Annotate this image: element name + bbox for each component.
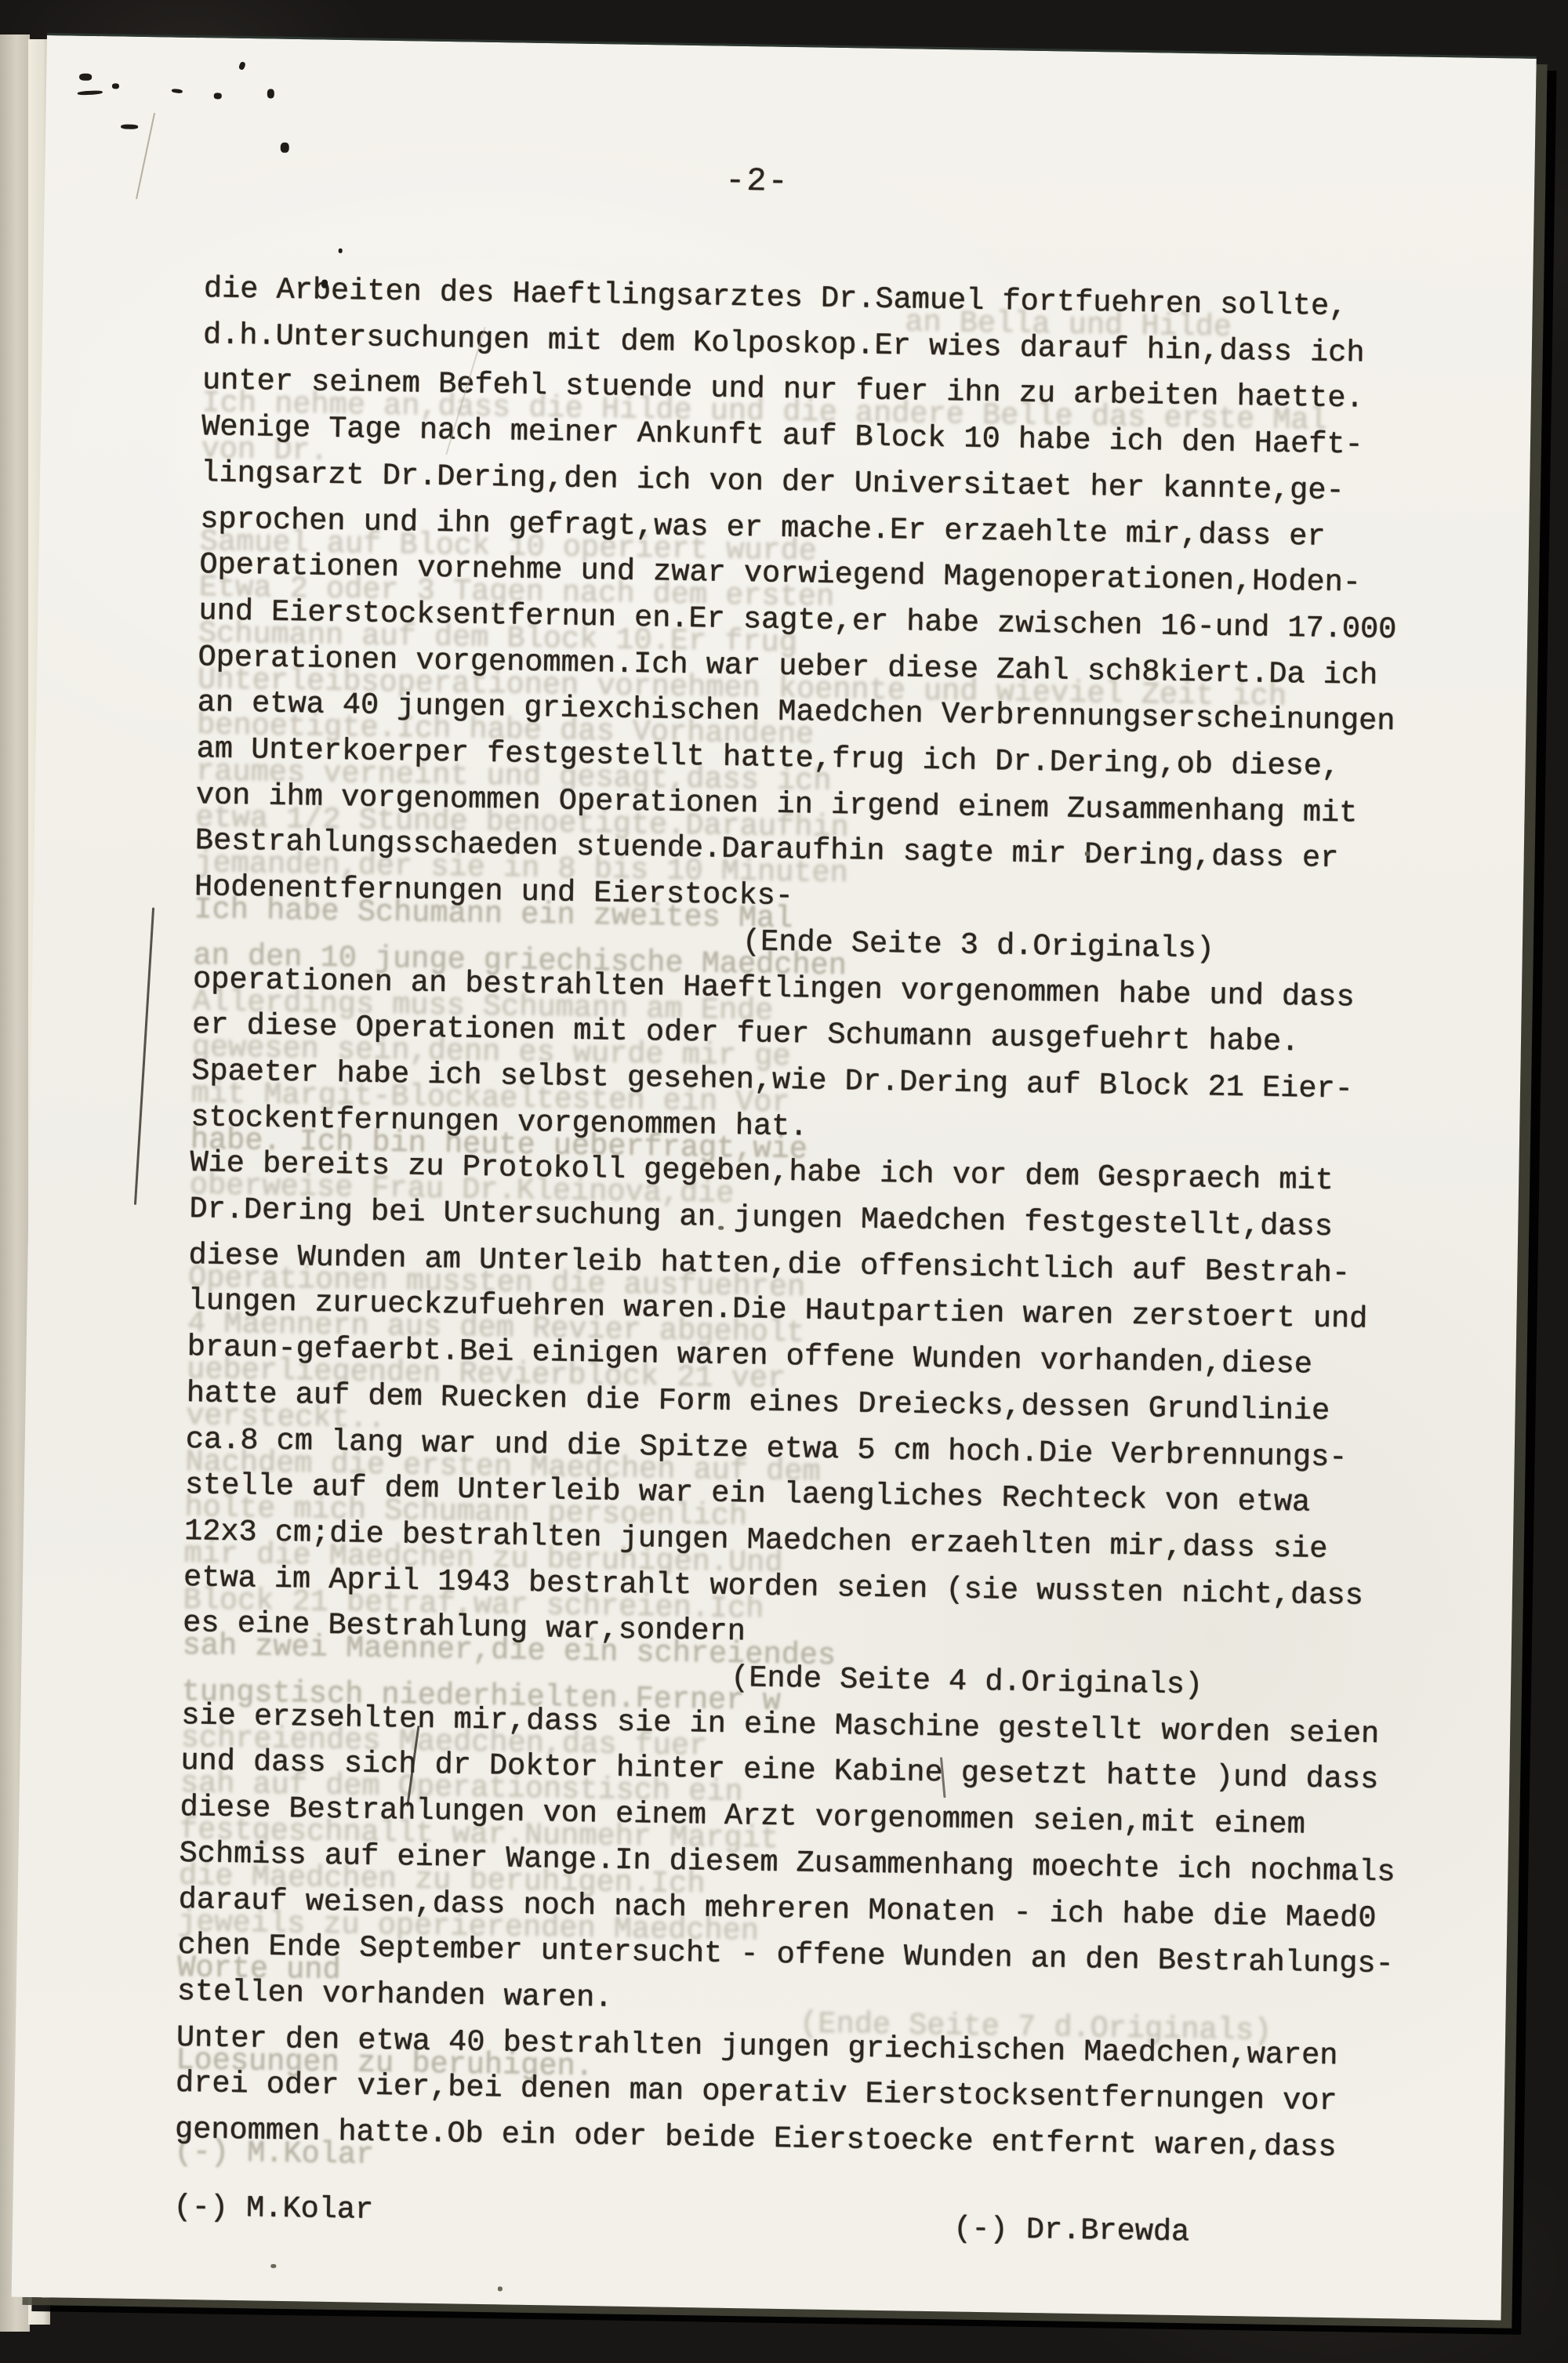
signature-right: (-) Dr.Brewda bbox=[953, 2214, 1190, 2248]
page-break-marker-line: (Ende Seite 4 d.Originals) bbox=[731, 1663, 1203, 1701]
typed-line: lingsarzt Dr.Dering,den ich von der Univ… bbox=[201, 458, 1345, 506]
page-number: -2- bbox=[725, 162, 789, 201]
typed-line: es eine Bestrahlung war,sondern bbox=[183, 1608, 746, 1647]
signature-left: (-) M.Kolar bbox=[173, 2192, 373, 2226]
typed-line: stellen vorhanden waren. bbox=[176, 1976, 612, 2013]
margin-pen-stroke bbox=[134, 907, 154, 1204]
typed-line: chen Ende September untersucht - offene … bbox=[177, 1930, 1394, 1980]
page-break-marker-line: (Ende Seite 3 d.Originals) bbox=[742, 927, 1214, 964]
scratch-mark bbox=[136, 113, 155, 199]
typed-line: die Arbeiten des Haeftlingsarztes Dr.Sam… bbox=[204, 274, 1348, 321]
typed-line: Dr.Dering bei Untersuchung an jungen Mae… bbox=[189, 1194, 1333, 1242]
typed-line: drei oder vier,bei denen man operativ Ei… bbox=[176, 2068, 1338, 2117]
document-page: -2- an Bella und HildeIch nehme an,dass … bbox=[12, 33, 1537, 2320]
